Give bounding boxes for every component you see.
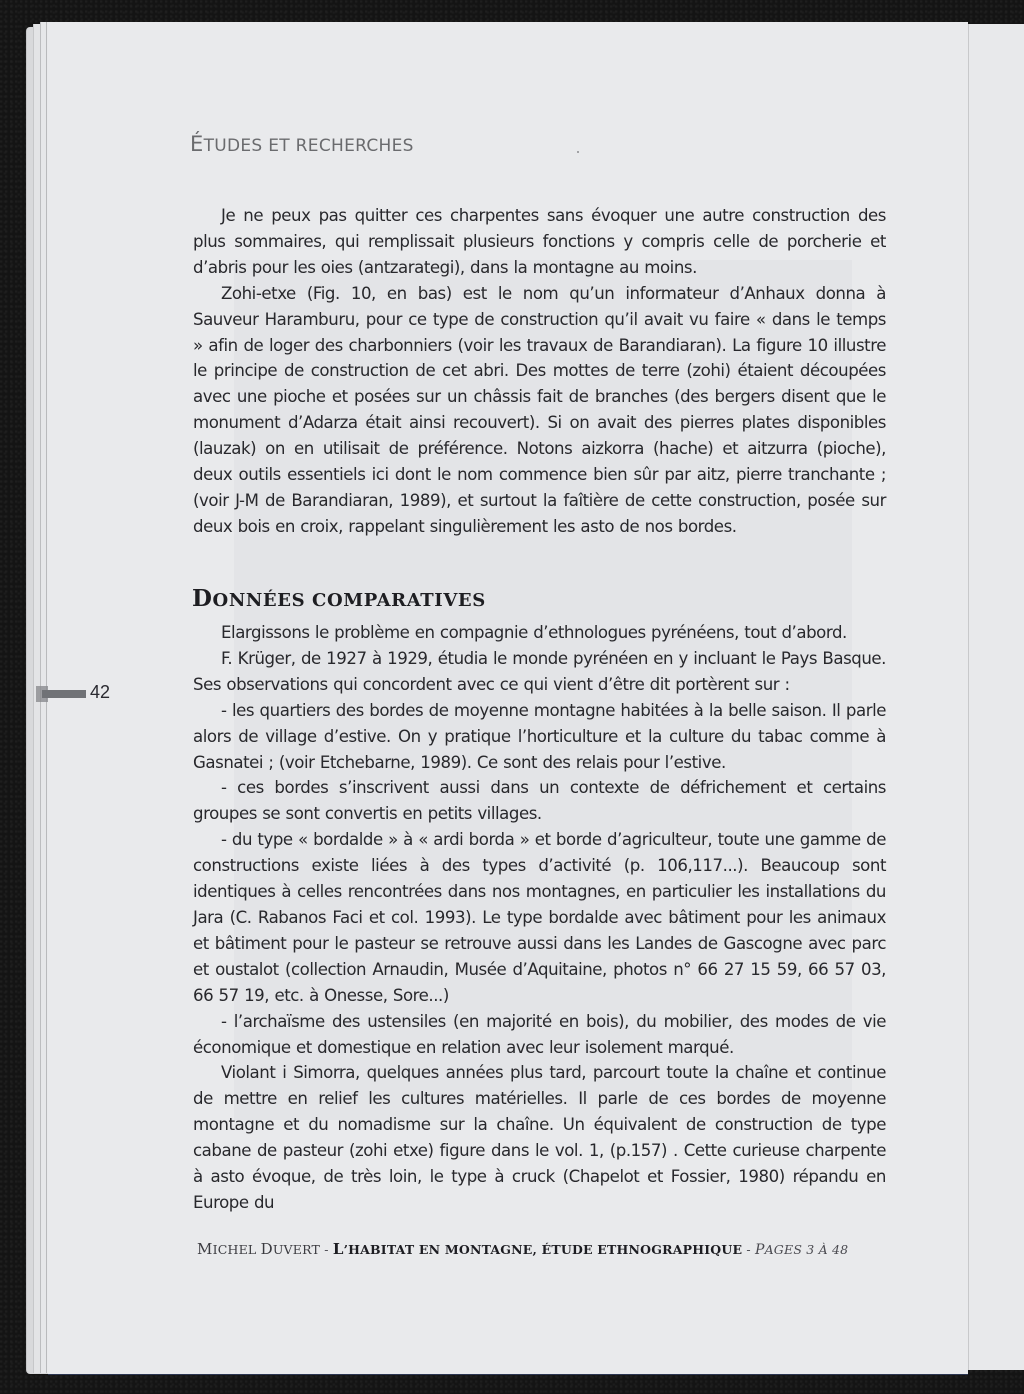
list-item: - ces bordes s’inscrivent aussi dans un … (193, 775, 886, 827)
running-head: ÉTUDES ET RECHERCHES (190, 132, 414, 156)
footer-title: L’HABITAT EN MONTAGNE, ÉTUDE ETHNOGRAPHI… (333, 1242, 742, 1257)
page-number: 42 (90, 682, 110, 703)
footer-author-text: ICHEL (213, 1242, 261, 1257)
paragraph: F. Krüger, de 1927 à 1929, étudia le mon… (193, 646, 886, 698)
dust-speck (577, 151, 579, 153)
footer-separator: - (320, 1242, 333, 1257)
paragraph: Violant i Simorra, quelques années plus … (193, 1060, 886, 1215)
facing-page-edge (968, 24, 1024, 1370)
list-item: - du type « bordalde » à « ardi borda » … (193, 827, 886, 1008)
footer-author: MICHEL DUVERT (197, 1242, 320, 1257)
footer-title-text: ’HABITAT EN MONTAGNE, ÉTUDE ETHNOGRAPHIQ… (344, 1242, 743, 1257)
body-text-intro: Je ne peux pas quitter ces charpentes sa… (193, 203, 886, 540)
list-item: - l’archaïsme des ustensiles (en majorit… (193, 1009, 886, 1061)
footer-pages-text: AGES 3 À 48 (765, 1242, 849, 1257)
section-title-initial: D (192, 585, 213, 612)
footer-author-initial: D (261, 1240, 273, 1258)
footer-author-text: UVERT (273, 1242, 320, 1257)
section-title-text: ONNÉES COMPARATIVES (213, 590, 486, 611)
footer-citation: MICHEL DUVERT - L’HABITAT EN MONTAGNE, É… (197, 1240, 848, 1258)
paragraph: Je ne peux pas quitter ces charpentes sa… (193, 203, 886, 281)
paragraph: Zohi-etxe (Fig. 10, en bas) est le nom q… (193, 281, 886, 540)
page-marker-bar (42, 690, 86, 698)
running-head-text: TUDES ET RECHERCHES (204, 136, 414, 156)
footer-pages-initial: P (755, 1242, 765, 1258)
footer-pages: PAGES 3 À 48 (755, 1242, 848, 1257)
list-item: - les quartiers des bordes de moyenne mo… (193, 698, 886, 776)
section-title: DONNÉES COMPARATIVES (192, 585, 486, 612)
running-head-initial: É (190, 132, 204, 156)
footer-separator: - (742, 1242, 755, 1257)
footer-author-initial: M (197, 1240, 213, 1258)
footer-title-initial: L (333, 1240, 344, 1258)
paragraph: Elargissons le problème en compagnie d’e… (193, 620, 886, 646)
body-text-comparative: Elargissons le problème en compagnie d’e… (193, 620, 886, 1216)
